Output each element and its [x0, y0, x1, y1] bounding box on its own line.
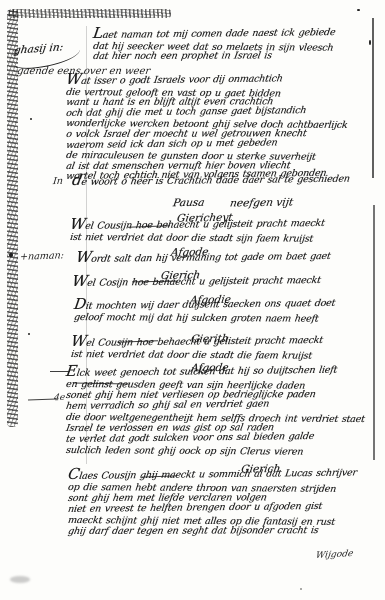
margin-note-line-naman: +naman: [19, 251, 64, 263]
manuscript-line: ghij darf daer tegen en seght dat bijson… [67, 525, 358, 537]
ink-speck [28, 333, 30, 335]
ink-smudge [10, 576, 30, 583]
catchword: Wijgode [315, 549, 354, 561]
correction-stroke [50, 371, 70, 372]
ink-speck [357, 9, 360, 11]
manuscript-line: Claes Cousijn ghij maeckt u sommich al d… [67, 465, 358, 482]
manuscript-page: ghasij in: Laet naman tot mij comen dade… [0, 0, 385, 600]
manuscript-line: hem verradich so ghij sal en verdriet ga… [65, 397, 365, 412]
manuscript-line: de woort o heer is Crachtich dade daer s… [71, 172, 351, 189]
page-edge-line-lower [373, 205, 375, 460]
margin-note-line-in: In [52, 177, 63, 187]
manuscript-line: sulclich leden sont ghij oock op sijn Cl… [65, 445, 365, 458]
manuscript-line: geloof mocht mij dat hij sulcken groten … [73, 312, 336, 325]
scan-noise-top-edge [9, 9, 171, 18]
ink-speck [369, 40, 371, 45]
ink-speck [300, 588, 302, 590]
manuscript-line: waerom seid ick dan sich op u met gebede… [65, 137, 348, 151]
speech-block-speech-wat: Wat isser o godt Israels voor dij onmach… [66, 74, 347, 183]
ink-speck [30, 118, 32, 120]
manuscript-line: te verlet dat godt sulcken voor ons sal … [65, 430, 365, 445]
speech-block-speech-a2: Dit mochten wij daer duijsent saecken on… [74, 299, 335, 323]
manuscript-line: Laet naman tot mij comen dade naest ick … [92, 25, 336, 42]
speech-block-speech-final: Claes Cousijn ghij maeckt u sommich al d… [68, 469, 357, 537]
speech-block-line-in: de woort o heer is Crachtich dade daer s… [72, 175, 350, 189]
manuscript-line: niet en vreest te helften brengen door u… [67, 500, 357, 515]
speech-block-speech-elisa: Laet naman tot mij comen dade naest ick … [93, 28, 335, 63]
ink-speck [9, 253, 13, 257]
page-edge-line-upper [372, 18, 374, 178]
correction-stroke [28, 399, 56, 401]
manuscript-line: Wel Cousijn hoe behaecht u gelijsteit pr… [69, 216, 326, 233]
manuscript-line: Wat isser o godt Israels voor dij onmach… [65, 71, 348, 88]
manuscript-line: Dit mochten wij daer duijsent saecken on… [73, 296, 336, 312]
manuscript-line: Wel Cousijn hoe behaecht u gelisteit pra… [70, 333, 324, 349]
manuscript-line: och dat ghij die met u toch ganse gaet b… [65, 105, 348, 119]
manuscript-line: Elck weet genoech tot sulcken dat hij so… [65, 362, 365, 379]
speech-block-speech-a3: Elck weet genoech tot sulcken dat hij so… [66, 366, 365, 456]
